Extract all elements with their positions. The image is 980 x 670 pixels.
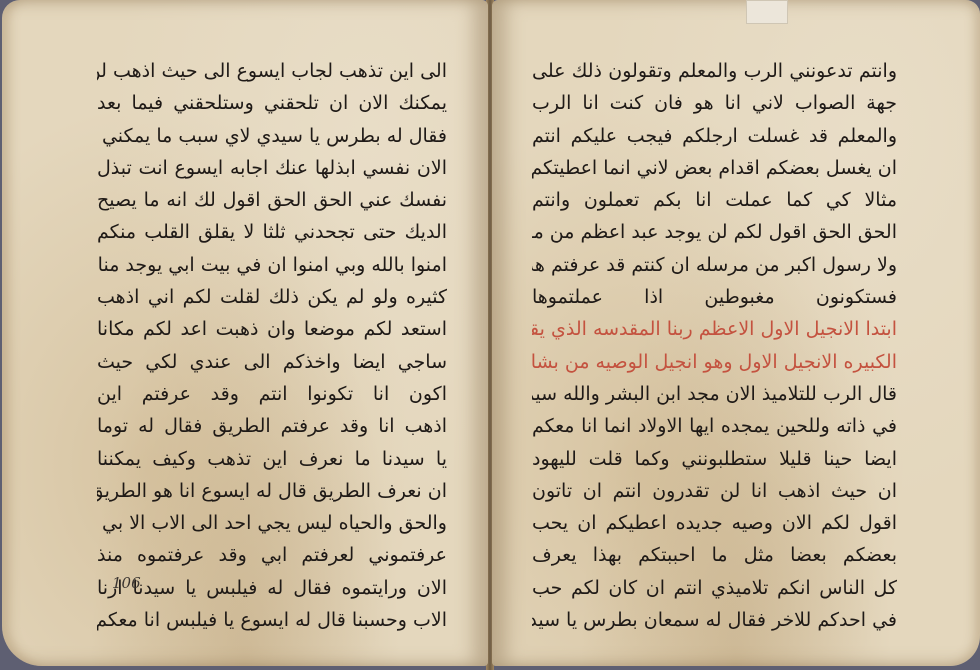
text-line: فستكونون مغبوطين اذا عملتموها <box>532 281 897 313</box>
paper-tab-marker <box>746 0 788 24</box>
rubric-line: الكبيره الانجيل الاول وهو انجيل الوصيه م… <box>532 346 897 378</box>
folio-number: 106 <box>112 574 141 592</box>
text-line: امنوا بالله وبي امنوا ان في بيت ابي يوجد… <box>97 249 447 281</box>
text-line: في احدكم للاخر فقال له سمعان بطرس يا سيد… <box>532 604 897 636</box>
text-line: قال الرب للتلاميذ الان مجد ابن البشر وال… <box>532 378 897 410</box>
text-line: الان نفسي ابذلها عنك اجابه ايسوع انت تبذ… <box>97 152 447 184</box>
left-page: الى اين تذهب لجاب ايسوع الى حيث اذهب لن … <box>2 0 488 666</box>
text-line: اذهب انا وقد عرفتم الطريق فقال له توما <box>97 410 447 442</box>
text-line: فقال له بطرس يا سيدي لاي سبب ما يمكني ان… <box>97 120 447 152</box>
text-line: الاب وحسبنا قال له ايسوع يا فيلبس انا مع… <box>97 604 447 636</box>
text-line: عرفتموني لعرفتم ابي وقد عرفتموه منذ <box>97 539 447 571</box>
text-line: ولا رسول اكبر من مرسله ان كنتم قد عرفتم … <box>532 249 897 281</box>
text-line: ان يغسل بعضكم اقدام بعض لاني انما اعطيتك… <box>532 152 897 184</box>
right-page: وانتم تدعونني الرب والمعلم وتقولون ذلك ع… <box>492 0 980 666</box>
text-line: ان نعرف الطريق قال له ايسوع انا هو الطري… <box>97 475 447 507</box>
right-text-block: وانتم تدعونني الرب والمعلم وتقولون ذلك ع… <box>532 55 897 636</box>
text-line: كثيره ولو لم يكن ذلك لقلت لكم اني اذهب <box>97 281 447 313</box>
text-line: كل الناس انكم تلاميذي انتم ان كان لكم حب <box>532 572 897 604</box>
text-line: اكون انا تكونوا انتم وقد عرفتم اين <box>97 378 447 410</box>
text-line: في ذاته وللحين يمجده ايها الاولاد انما ا… <box>532 410 897 442</box>
text-line: وانتم تدعونني الرب والمعلم وتقولون ذلك ع… <box>532 55 897 87</box>
text-line: والمعلم قد غسلت ارجلكم فيجب عليكم انتم <box>532 120 897 152</box>
text-line: يا سيدنا ما نعرف اين تذهب وكيف يمكننا <box>97 443 447 475</box>
text-line: الان ورايتموه فقال له فيلبس يا سيدنا ارن… <box>97 572 447 604</box>
text-line: مثالا كي كما عملت انا بكم تعملون وانتم <box>532 184 897 216</box>
text-line: ان حيث اذهب انا لن تقدرون انتم ان تاتون <box>532 475 897 507</box>
rubric-line: ابتدا الانجيل الاول الاعظم ربنا المقدسه … <box>532 313 897 345</box>
text-line: اقول لكم الان وصيه جديده اعطيكم ان يحب <box>532 507 897 539</box>
text-line: والحق والحياه ليس يجي احد الى الاب الا ب… <box>97 507 447 539</box>
text-line: بعضكم بعضا مثل ما احببتكم بهذا يعرف <box>532 539 897 571</box>
text-line: ايضا حينا قليلا ستطلبونني وكما قلت لليهو… <box>532 443 897 475</box>
text-line: يمكنك الان ان تلحقني وستلحقني فيما بعد <box>97 87 447 119</box>
text-line: نفسك عني الحق الحق اقول لك انه ما يصيح <box>97 184 447 216</box>
text-line: ساجي ايضا واخذكم الى عندي لكي حيث <box>97 346 447 378</box>
text-line: الديك حتى تجحدني ثلثا لا يقلق القلب منكم <box>97 216 447 248</box>
text-line: الى اين تذهب لجاب ايسوع الى حيث اذهب لن <box>97 55 447 87</box>
text-line: جهة الصواب لاني انا هو فان كنت انا الرب <box>532 87 897 119</box>
text-line: استعد لكم موضعا وان ذهبت اعد لكم مكانا <box>97 313 447 345</box>
left-text-block: الى اين تذهب لجاب ايسوع الى حيث اذهب لن … <box>97 55 447 636</box>
text-line: الحق الحق اقول لكم لن يوجد عبد اعظم من م… <box>532 216 897 248</box>
